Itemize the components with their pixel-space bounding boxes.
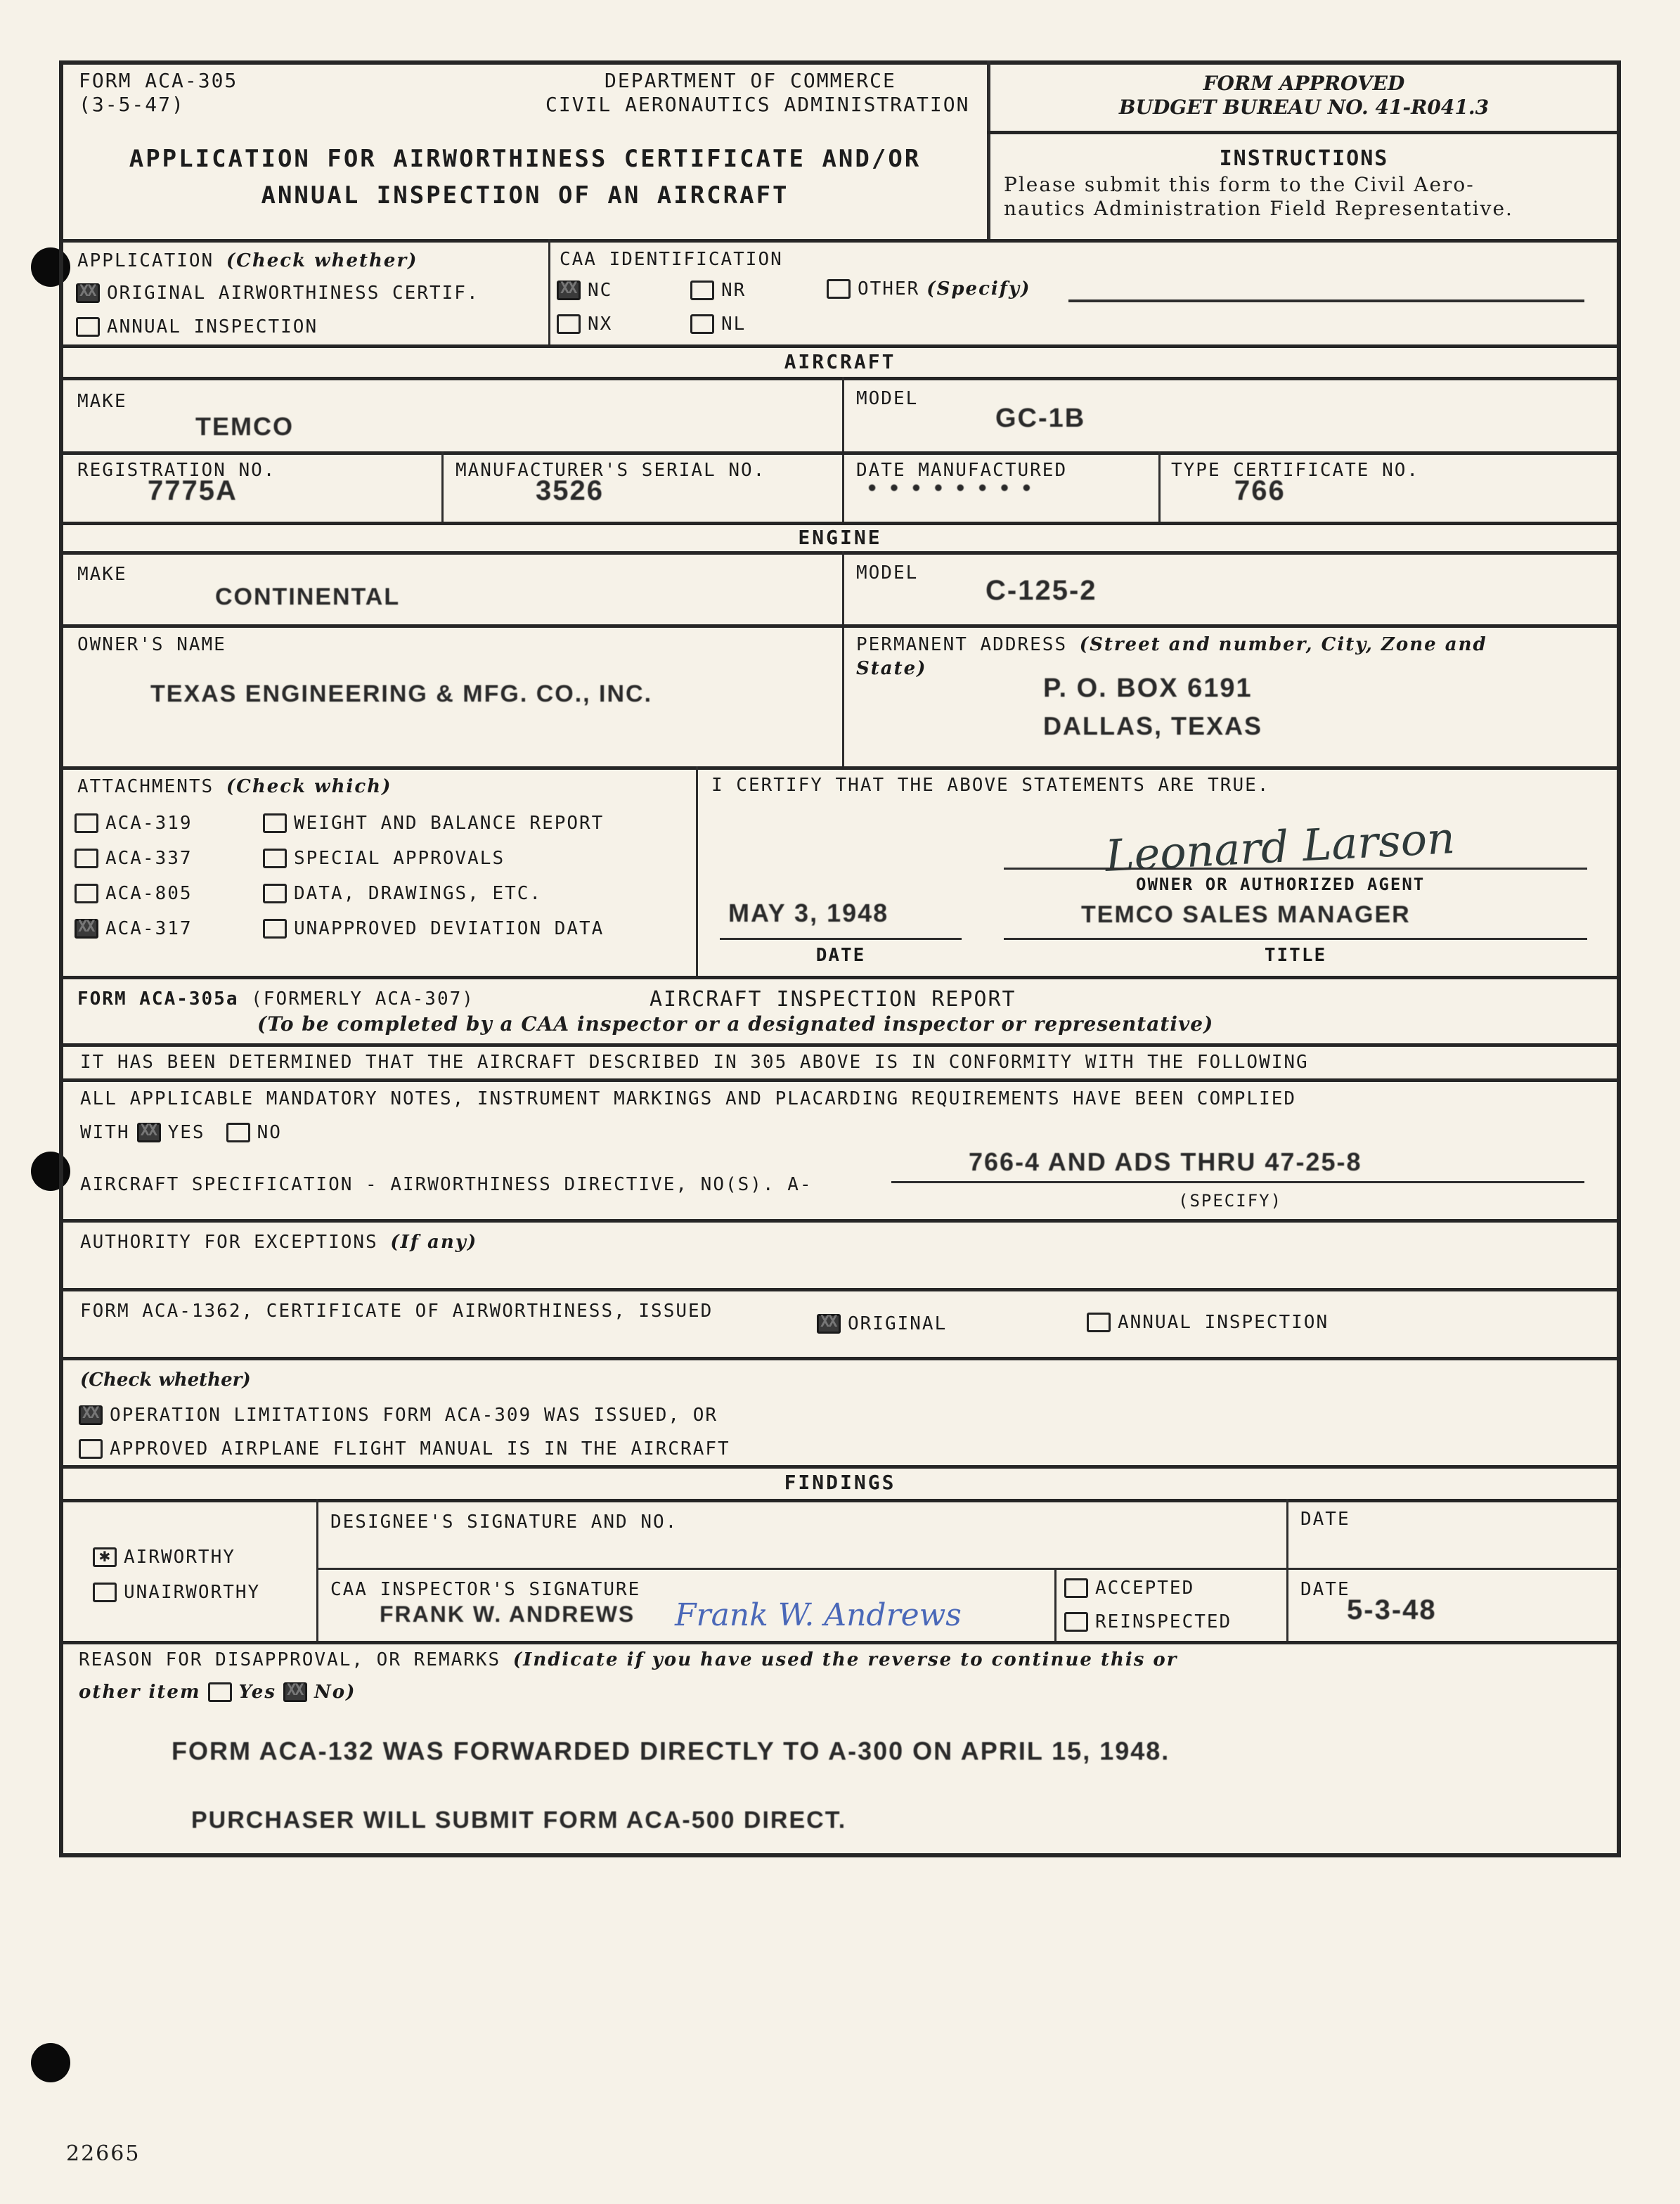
instructions-line-1: Please submit this form to the Civil Aer… <box>1004 173 1513 197</box>
form-approved: FORM APPROVED <box>987 72 1621 95</box>
check-whether-label: (Check whether) <box>80 1370 251 1391</box>
engine-make-label: MAKE <box>77 564 127 585</box>
checkbox-original-airworthiness[interactable] <box>76 283 100 303</box>
option-label: WEIGHT AND BALANCE REPORT <box>294 813 604 834</box>
checkbox-reverse-yes[interactable] <box>208 1682 232 1702</box>
engine-row-line <box>59 624 1621 628</box>
limitations-bottom-line <box>59 1465 1621 1469</box>
limitations-issued-option[interactable]: OPERATION LIMITATIONS FORM ACA-309 WAS I… <box>79 1405 718 1426</box>
inspector-name[interactable]: FRANK W. ANDREWS <box>380 1602 635 1628</box>
approval-divider <box>987 131 1621 134</box>
date-label: DATE <box>720 945 962 966</box>
option-label: ORIGINAL <box>848 1313 947 1334</box>
option-label: REINSPECTED <box>1095 1611 1232 1632</box>
document-number: 22665 <box>66 2141 140 2166</box>
checkbox-aca-317[interactable] <box>75 919 98 939</box>
option-label: UNAPPROVED DEVIATION DATA <box>294 918 604 939</box>
option-label: UNAIRWORTHY <box>124 1582 260 1603</box>
option-label: SPECIAL APPROVALS <box>294 848 505 869</box>
status-divider <box>1054 1568 1057 1642</box>
inspection-report-subtitle: (To be completed by a CAA inspector or a… <box>257 1012 1213 1036</box>
option-label: NX <box>588 314 612 335</box>
yes-label: YES <box>168 1122 205 1143</box>
caa-option-nc[interactable]: NC <box>557 280 612 301</box>
checkbox-special-approvals[interactable] <box>263 849 287 868</box>
checkbox-certificate-annual[interactable] <box>1087 1313 1111 1332</box>
checkbox-aca-337[interactable] <box>75 849 98 868</box>
checkbox-data-drawings[interactable] <box>263 884 287 903</box>
aircraft-make-label: MAKE <box>77 391 127 412</box>
checkbox-reverse-no[interactable] <box>283 1682 307 1702</box>
certificate-label: FORM ACA-1362, CERTIFICATE OF AIRWORTHIN… <box>80 1301 713 1322</box>
spec-hint: (SPECIFY) <box>1178 1191 1282 1211</box>
date-manufactured-value[interactable]: ● ● ● ● ● ● ● ● <box>867 478 1035 496</box>
caa-option-nr[interactable]: NR <box>690 280 746 301</box>
spec-bottom-line <box>59 1219 1621 1223</box>
checkbox-compliance-yes[interactable] <box>137 1123 161 1142</box>
signature-label: OWNER OR AUTHORIZED AGENT <box>1136 875 1425 894</box>
with-label: WITH <box>80 1122 130 1143</box>
option-label: ACA-319 <box>105 813 193 834</box>
application-original-option[interactable]: ORIGINAL AIRWORTHINESS CERTIF. <box>76 283 479 304</box>
conformity-statement: IT HAS BEEN DETERMINED THAT THE AIRCRAFT… <box>80 1052 1309 1073</box>
exceptions-label: AUTHORITY FOR EXCEPTIONS (If any) <box>80 1232 477 1253</box>
remarks-line-1[interactable]: FORM ACA-132 WAS FORWARDED DIRECTLY TO A… <box>172 1736 1170 1766</box>
application-bottom-line <box>59 344 1621 348</box>
checkbox-certificate-original[interactable] <box>817 1314 841 1334</box>
option-label: APPROVED AIRPLANE FLIGHT MANUAL IS IN TH… <box>110 1438 730 1459</box>
remarks-reverse-row: other item Yes No) <box>79 1682 356 1703</box>
header-bottom-line <box>59 239 1621 243</box>
option-label: DATA, DRAWINGS, ETC. <box>294 883 542 904</box>
administration: CIVIL AERONAUTICS ADMINISTRATION <box>545 93 969 116</box>
engine-bottom-line <box>59 766 1621 770</box>
option-hint: (Specify) <box>926 278 1030 299</box>
checkbox-other[interactable] <box>827 279 851 299</box>
aircraft-make-divider <box>842 377 844 524</box>
form-number: FORM ACA-305 <box>79 69 238 92</box>
application-label: APPLICATION (Check whether) <box>77 250 418 271</box>
option-label: ORIGINAL AIRWORTHINESS CERTIF. <box>107 283 479 304</box>
remarks-line-2[interactable]: PURCHASER WILL SUBMIT FORM ACA-500 DIREC… <box>191 1807 846 1834</box>
option-label: ANNUAL INSPECTION <box>1118 1312 1329 1333</box>
punch-hole-bottom <box>31 2043 70 2082</box>
serial-value[interactable]: 3526 <box>536 475 604 507</box>
instructions-line-2: nautics Administration Field Representat… <box>1004 197 1513 221</box>
option-label: ACCEPTED <box>1095 1578 1194 1599</box>
caa-option-nl[interactable]: NL <box>690 314 746 335</box>
option-label: ACA-805 <box>105 883 193 904</box>
inspection-form-number: FORM ACA-305a (FORMERLY ACA-307) <box>77 988 474 1010</box>
caa-identification-label: CAA IDENTIFICATION <box>560 249 783 270</box>
option-label: NR <box>721 280 746 301</box>
other-item-label: other item <box>79 1682 201 1703</box>
attachments-left-list: ACA-319 ACA-337 ACA-805 ACA-317 <box>75 806 193 946</box>
engine-model-label: MODEL <box>856 562 918 584</box>
registration-divider <box>441 451 444 524</box>
certificate-original-option[interactable]: ORIGINAL <box>817 1313 947 1334</box>
certificate-bottom-line <box>59 1357 1621 1360</box>
attachments-divider <box>696 766 698 977</box>
checkbox-annual-inspection[interactable] <box>76 317 100 337</box>
title-line-2: ANNUAL INSPECTION OF AN AIRCRAFT <box>65 177 986 214</box>
no-label: No) <box>314 1682 356 1703</box>
budget-bureau: BUDGET BUREAU NO. 41-R041.3 <box>987 96 1621 119</box>
certification-date-value[interactable]: MAY 3, 1948 <box>728 898 889 928</box>
checkbox-nr[interactable] <box>690 281 714 300</box>
conformity-line <box>59 1078 1621 1082</box>
exceptions-bottom-line <box>59 1288 1621 1291</box>
type-certificate-value[interactable]: 766 <box>1234 475 1286 507</box>
checkbox-compliance-no[interactable] <box>226 1123 250 1142</box>
engine-make-value[interactable]: CONTINENTAL <box>215 584 400 611</box>
checkbox-weight-balance[interactable] <box>263 813 287 833</box>
signature-line <box>1004 868 1587 870</box>
findings-section-title: FINDINGS <box>59 1471 1621 1494</box>
engine-section-title: ENGINE <box>59 526 1621 549</box>
title-label: TITLE <box>1004 945 1587 966</box>
title-line <box>1004 938 1587 940</box>
application-divider <box>548 239 550 346</box>
checkbox-accepted[interactable] <box>1064 1578 1088 1598</box>
aircraft-row-line <box>59 451 1621 455</box>
page-title: APPLICATION FOR AIRWORTHINESS CERTIFICAT… <box>65 141 986 214</box>
attachment-weight-balance[interactable]: WEIGHT AND BALANCE REPORT <box>263 806 604 841</box>
option-label: ACA-337 <box>105 848 193 869</box>
designee-label: DESIGNEE'S SIGNATURE AND NO. <box>330 1512 678 1533</box>
aircraft-title-line <box>59 377 1621 380</box>
checkbox-nl[interactable] <box>690 314 714 334</box>
no-label: NO <box>257 1122 282 1143</box>
engine-model-value[interactable]: C-125-2 <box>986 575 1097 607</box>
compliance-row: WITH YES NO <box>80 1122 282 1143</box>
option-label: NL <box>721 314 746 335</box>
attachment-aca-319[interactable]: ACA-319 <box>75 806 193 841</box>
engine-divider <box>842 551 844 766</box>
inspector-label: CAA INSPECTOR'S SIGNATURE <box>330 1579 640 1600</box>
checkbox-unapproved-deviation[interactable] <box>263 919 287 939</box>
yes-label: Yes <box>239 1682 276 1703</box>
attachment-aca-337[interactable]: ACA-337 <box>75 841 193 876</box>
exceptions-field[interactable] <box>80 1260 1613 1285</box>
caa-option-nx[interactable]: NX <box>557 314 612 335</box>
option-label: ACA-317 <box>105 918 193 939</box>
owner-label: OWNER'S NAME <box>77 634 226 655</box>
findings-bottom-line <box>59 1641 1621 1644</box>
finding-airworthy-option[interactable]: AIRWORTHY <box>93 1547 235 1568</box>
aircraft-bottom-line <box>59 522 1621 525</box>
form-date: (3-5-47) <box>79 93 185 116</box>
certification-title-value[interactable]: TEMCO SALES MANAGER <box>1081 901 1411 929</box>
department: DEPARTMENT OF COMMERCE <box>605 69 896 92</box>
certification-bottom-line <box>59 976 1621 979</box>
aircraft-model-label: MODEL <box>856 388 918 409</box>
serial-label: MANUFACTURER'S SERIAL NO. <box>455 460 765 481</box>
checkbox-nx[interactable] <box>557 314 581 334</box>
type-certificate-label: TYPE CERTIFICATE NO. <box>1171 460 1419 481</box>
option-label: ANNUAL INSPECTION <box>107 316 318 337</box>
status-accepted-option[interactable]: ACCEPTED <box>1064 1578 1194 1599</box>
inspector-signature[interactable]: Frank W. Andrews <box>675 1597 962 1633</box>
option-label: OTHER <box>858 278 919 299</box>
attachment-data-drawings[interactable]: DATA, DRAWINGS, ETC. <box>263 876 604 911</box>
instructions-title: INSTRUCTIONS <box>987 146 1621 171</box>
certification-statement: I CERTIFY THAT THE ABOVE STATEMENTS ARE … <box>711 775 1269 796</box>
remarks-label: REASON FOR DISAPPROVAL, OR REMARKS (Indi… <box>79 1649 1177 1670</box>
attachments-label: ATTACHMENTS (Check which) <box>77 776 392 797</box>
findings-left-divider <box>316 1499 318 1642</box>
aircraft-section-title: AIRCRAFT <box>59 350 1621 373</box>
other-specify-field[interactable] <box>1068 299 1584 302</box>
checkbox-reinspected[interactable] <box>1064 1612 1088 1632</box>
mandatory-notes: ALL APPLICABLE MANDATORY NOTES, INSTRUME… <box>80 1088 1296 1109</box>
registration-value[interactable]: 7775A <box>148 475 238 507</box>
title-line-1: APPLICATION FOR AIRWORTHINESS CERTIFICAT… <box>65 141 986 177</box>
checkbox-aca-805[interactable] <box>75 884 98 903</box>
attachment-special-approvals[interactable]: SPECIAL APPROVALS <box>263 841 604 876</box>
application-annual-option[interactable]: ANNUAL INSPECTION <box>76 316 318 337</box>
designee-bottom-line <box>316 1568 1621 1570</box>
designee-date-label: DATE <box>1300 1509 1350 1530</box>
checkbox-nc[interactable] <box>557 281 581 300</box>
checkbox-unairworthy[interactable] <box>93 1583 117 1602</box>
attachment-aca-317[interactable]: ACA-317 <box>75 911 193 946</box>
date-line <box>720 938 962 940</box>
finding-unairworthy-option[interactable]: UNAIRWORTHY <box>93 1582 260 1603</box>
spec-value[interactable]: 766-4 AND ADS THRU 47-25-8 <box>969 1147 1362 1177</box>
designee-date-divider <box>1286 1499 1288 1642</box>
inspection-report-title: AIRCRAFT INSPECTION REPORT <box>650 987 1016 1012</box>
certificate-annual-option[interactable]: ANNUAL INSPECTION <box>1087 1312 1329 1333</box>
option-label: OPERATION LIMITATIONS FORM ACA-309 WAS I… <box>110 1405 718 1426</box>
inspection-title-line <box>59 1043 1621 1047</box>
option-label: NC <box>588 280 612 301</box>
checkbox-flight-manual[interactable] <box>79 1439 103 1459</box>
findings-title-line <box>59 1499 1621 1502</box>
spec-label: AIRCRAFT SPECIFICATION - AIRWORTHINESS D… <box>80 1174 813 1195</box>
engine-title-line <box>59 551 1621 555</box>
address-line-2[interactable]: DALLAS, TEXAS <box>1043 711 1262 741</box>
attachment-aca-805[interactable]: ACA-805 <box>75 876 193 911</box>
status-reinspected-option[interactable]: REINSPECTED <box>1064 1611 1232 1632</box>
flight-manual-option[interactable]: APPROVED AIRPLANE FLIGHT MANUAL IS IN TH… <box>79 1438 730 1459</box>
aircraft-make-value[interactable]: TEMCO <box>195 412 294 442</box>
address-line-1[interactable]: P. O. BOX 6191 <box>1043 674 1253 704</box>
date-divider <box>1158 451 1161 524</box>
caa-option-other[interactable]: OTHER (Specify) <box>827 278 1030 299</box>
checkbox-operation-limitations[interactable] <box>79 1405 103 1425</box>
attachment-unapproved-deviation[interactable]: UNAPPROVED DEVIATION DATA <box>263 911 604 946</box>
aircraft-model-value[interactable]: GC-1B <box>995 404 1085 434</box>
inspector-date-value[interactable]: 5-3-48 <box>1347 1594 1437 1626</box>
spec-underline <box>891 1181 1584 1183</box>
checkbox-aca-319[interactable] <box>75 813 98 833</box>
checkbox-airworthy[interactable] <box>93 1547 117 1567</box>
inspector-date-label: DATE <box>1300 1579 1350 1600</box>
instructions-text: Please submit this form to the Civil Aer… <box>1004 173 1513 221</box>
owner-value[interactable]: TEXAS ENGINEERING & MFG. CO., INC. <box>150 681 652 708</box>
attachments-right-list: WEIGHT AND BALANCE REPORT SPECIAL APPROV… <box>263 806 604 946</box>
option-label: AIRWORTHY <box>124 1547 235 1568</box>
